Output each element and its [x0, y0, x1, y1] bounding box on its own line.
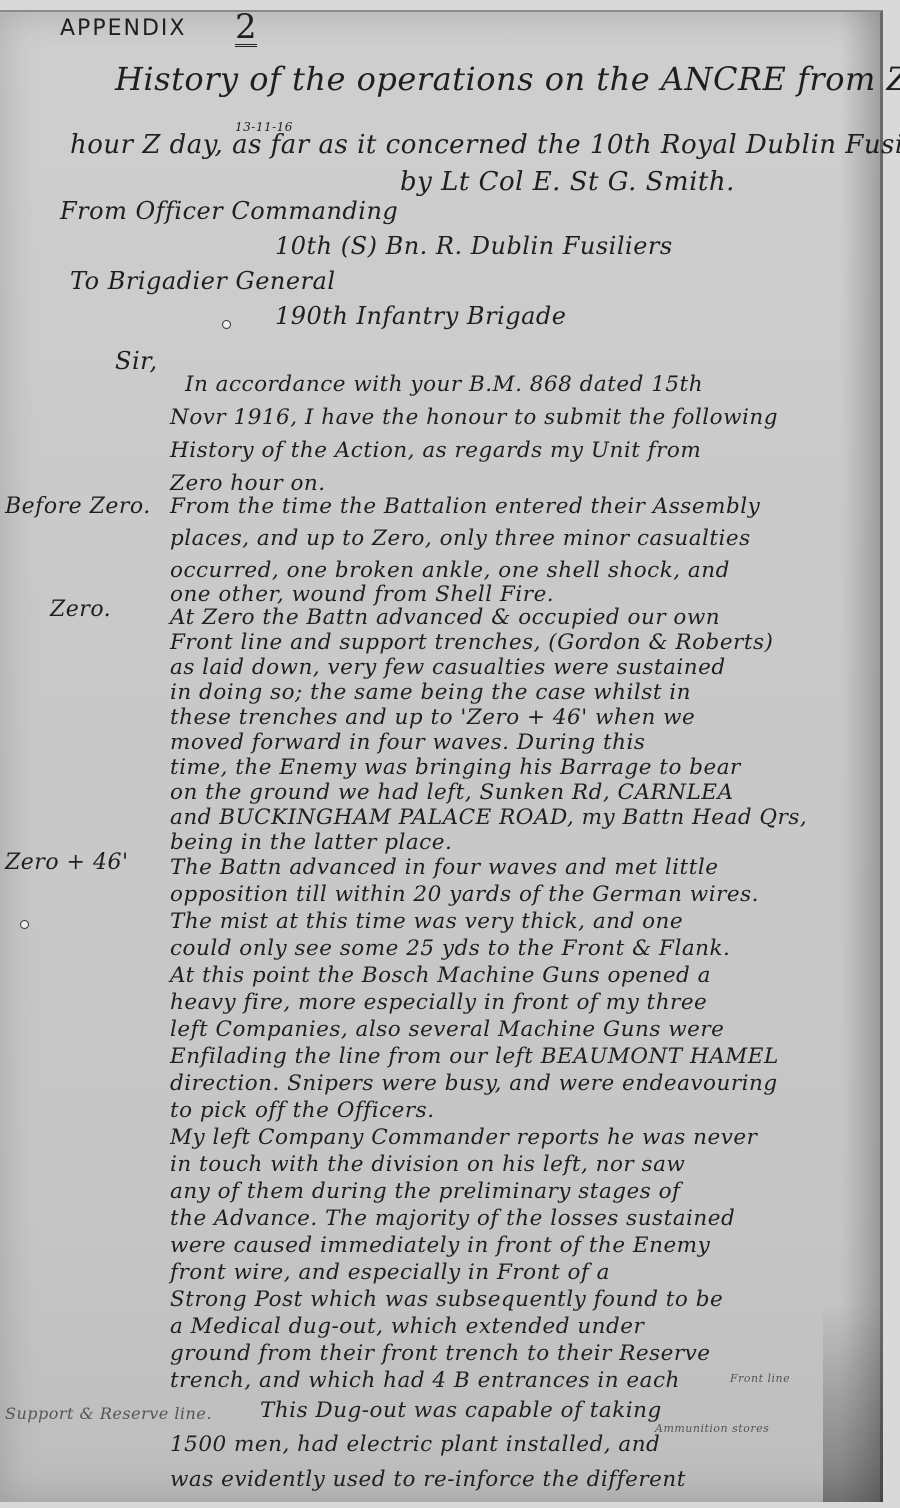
body-line: left Companies, also several Machine Gun…: [170, 1017, 724, 1042]
body-line: in touch with the division on his left, …: [170, 1152, 685, 1177]
body-line: moved forward in four waves. During this: [170, 730, 645, 755]
body-line: History of the Action, as regards my Uni…: [170, 438, 701, 463]
body-line: on the ground we had left, Sunken Rd, CA…: [170, 780, 734, 805]
body-line: Novr 1916, I have the honour to submit t…: [170, 405, 778, 430]
body-line: 1500 men, had electric plant installed, …: [170, 1432, 660, 1457]
body-line: opposition till within 20 yards of the G…: [170, 882, 759, 907]
to-unit: 190th Infantry Brigade: [275, 302, 566, 330]
body-line: front wire, and especially in Front of a: [170, 1260, 610, 1285]
appendix-number: 2: [235, 10, 257, 47]
punch-hole: [20, 920, 29, 929]
annotation-front-line: Front line: [730, 1372, 790, 1385]
body-line: and BUCKINGHAM PALACE ROAD, my Battn Hea…: [170, 805, 807, 830]
title-line-2: hour Z day, as far as it concerned the 1…: [70, 130, 900, 160]
body-line: occurred, one broken ankle, one shell sh…: [170, 558, 730, 583]
body-line: At this point the Bosch Machine Guns ope…: [170, 963, 711, 988]
margin-note-before-zero: Before Zero.: [5, 494, 151, 519]
from-unit: 10th (S) Bn. R. Dublin Fusiliers: [275, 232, 673, 260]
body-line: being in the latter place.: [170, 830, 452, 855]
body-line: were caused immediately in front of the …: [170, 1233, 710, 1258]
punch-hole: [222, 320, 231, 329]
body-line: these trenches and up to 'Zero + 46' whe…: [170, 705, 695, 730]
author-line: by Lt Col E. St G. Smith.: [400, 167, 735, 197]
body-line: The Battn advanced in four waves and met…: [170, 855, 718, 880]
body-line: My left Company Commander reports he was…: [170, 1125, 757, 1150]
body-line: to pick off the Officers.: [170, 1098, 435, 1123]
body-line: the Advance. The majority of the losses …: [170, 1206, 735, 1231]
body-line: could only see some 25 yds to the Front …: [170, 936, 730, 961]
body-line: In accordance with your B.M. 868 dated 1…: [185, 372, 703, 397]
body-line: Zero hour on.: [170, 471, 326, 496]
body-line: At Zero the Battn advanced & occupied ou…: [170, 605, 720, 630]
annotation-ammunition: Ammunition stores: [655, 1422, 769, 1435]
title-line-1: History of the operations on the ANCRE f…: [115, 60, 900, 98]
from-label: From Officer Commanding: [60, 197, 398, 225]
body-line: one other, wound from Shell Fire.: [170, 582, 554, 607]
body-line: From the time the Battalion entered thei…: [170, 494, 760, 519]
body-line: heavy fire, more especially in front of …: [170, 990, 707, 1015]
body-line: was evidently used to re-inforce the dif…: [170, 1467, 686, 1492]
body-line: in doing so; the same being the case whi…: [170, 680, 691, 705]
body-line: Enfilading the line from our left BEAUMO…: [170, 1044, 779, 1069]
body-line: as laid down, very few casualties were s…: [170, 655, 726, 680]
body-line: trench, and which had 4 B entrances in e…: [170, 1368, 680, 1393]
margin-note-zero: Zero.: [50, 597, 111, 622]
body-line: The mist at this time was very thick, an…: [170, 909, 683, 934]
margin-note-zero-plus-46: Zero + 46': [5, 850, 129, 875]
body-line: Strong Post which was subsequently found…: [170, 1287, 723, 1312]
margin-note-support-reserve: Support & Reserve line.: [5, 1404, 212, 1423]
appendix-label: APPENDIX: [60, 16, 186, 41]
salutation: Sir,: [115, 347, 158, 375]
document-page: APPENDIX 2 History of the operations on …: [0, 10, 883, 1502]
body-line: This Dug-out was capable of taking: [260, 1398, 662, 1423]
body-line: Front line and support trenches, (Gordon…: [170, 630, 773, 655]
body-line: a Medical dug-out, which extended under: [170, 1314, 644, 1339]
body-line: ground from their front trench to their …: [170, 1341, 711, 1366]
body-line: any of them during the preliminary stage…: [170, 1179, 681, 1204]
body-line: time, the Enemy was bringing his Barrage…: [170, 755, 741, 780]
body-line: direction. Snipers were busy, and were e…: [170, 1071, 778, 1096]
body-line: places, and up to Zero, only three minor…: [170, 526, 751, 551]
to-label: To Brigadier General: [70, 267, 336, 295]
